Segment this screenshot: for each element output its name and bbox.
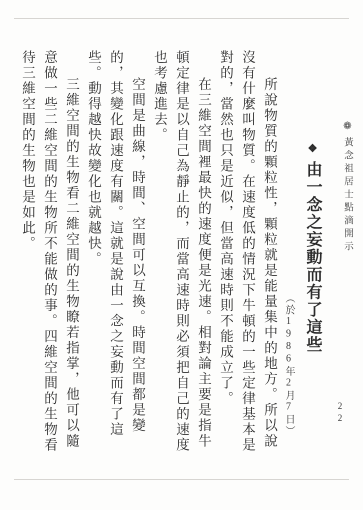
section-date: （於1986年2月7日）: [280, 50, 297, 464]
flower-seal-icon: ❁: [340, 121, 354, 132]
text-block: ❖由一念之妄動而有了這些 （於1986年2月7日） 所說物質的顆粒性，顆粒就是能…: [16, 50, 327, 464]
paragraph-2: 在三維空間裡最快的速度便是光速。相對論主要是指牛頓定律是以自己為靜止的，而當高速…: [148, 50, 214, 464]
section-title: ❖由一念之妄動而有了這些: [297, 50, 327, 464]
running-head: ❁黃念祖居士點滴開示: [340, 121, 354, 254]
page-number: 22: [334, 401, 346, 425]
section-title-text: 由一念之妄動而有了這些: [304, 161, 321, 354]
top-rule: [14, 18, 349, 19]
paragraph-1: 所說物質的顆粒性，顆粒就是能量集中的地方。所以說沒有什麼叫物質。在速度低的情況下…: [214, 50, 280, 464]
bottom-rule: [14, 479, 349, 480]
paragraph-3: 空間是曲線，時間、空間可以互換。時間空間都是變的，其變化跟速度有關。這就是說由一…: [82, 50, 148, 464]
paragraph-4: 三維空間的生物看二維空間的生物瞭若指掌，他可以隨意做一些二維空間的生物所不能做的…: [16, 50, 82, 464]
diamond-bullet-icon: ❖: [297, 96, 327, 155]
book-title: 黃念祖居士點滴開示: [342, 137, 352, 254]
book-page: ❁黃念祖居士點滴開示 22 ❖由一念之妄動而有了這些 （於1986年2月7日） …: [0, 0, 363, 510]
